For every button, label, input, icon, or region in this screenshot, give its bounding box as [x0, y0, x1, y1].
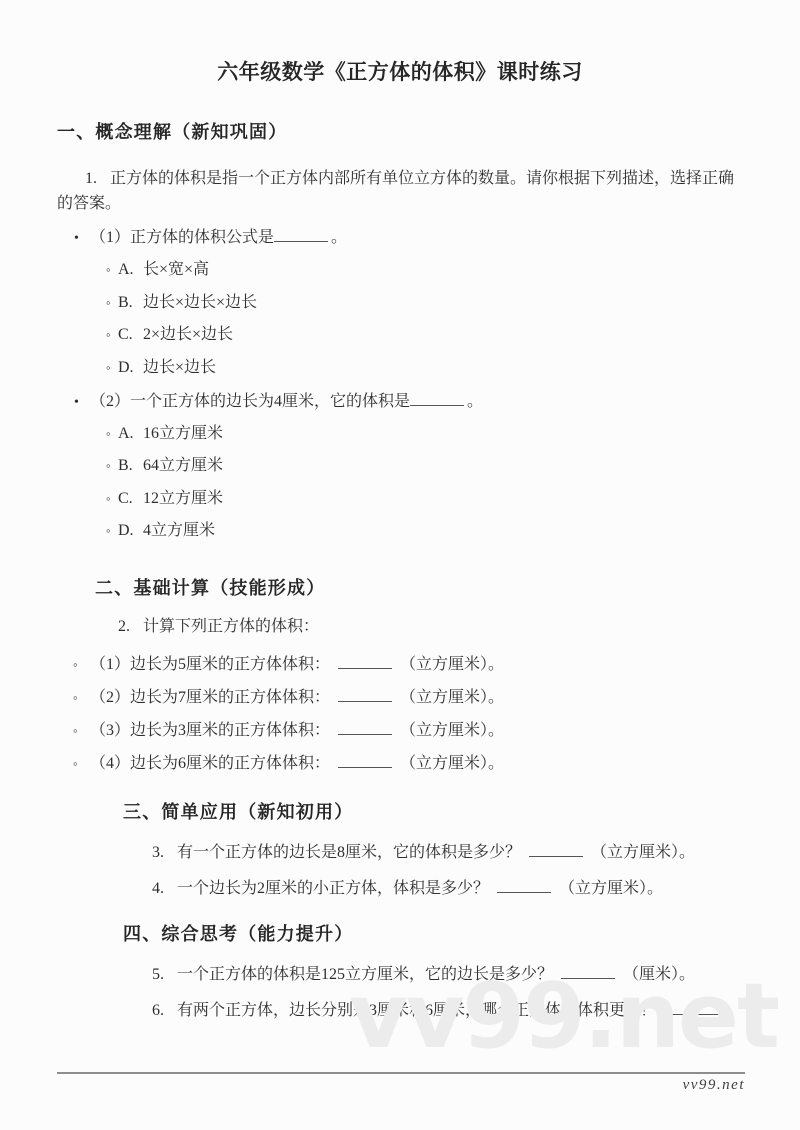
option-text: 边长×边长×边长 [143, 294, 257, 311]
option-text: 边长×边长 [143, 359, 216, 376]
question-2-text: 计算下列正方体的体积： [143, 618, 319, 635]
option-key: C. [118, 488, 143, 510]
section-4-heading: 四、综合思考（能力提升） [123, 920, 353, 946]
bullet-circle-icon [106, 488, 118, 510]
sub-question-2: （2）一个正方体的边长为4厘米，它的体积是。 [74, 390, 483, 414]
answer-blank [338, 752, 392, 768]
question-1-intro: 1.正方体的体积是指一个正方体内部所有单位立方体的数量。请你根据下列描述，选择正… [57, 166, 749, 216]
intro-text: 正方体的体积是指一个正方体内部所有单位立方体的数量。请你根据下列描述，选择正确 [110, 170, 734, 187]
bullet-circle-icon [106, 324, 118, 346]
calc-item-text: （1）边长为5厘米的正方体体积： [90, 656, 330, 673]
answer-blank [561, 963, 615, 979]
option-key: A. [118, 259, 143, 281]
calc-item-text: （4）边长为6厘米的正方体体积： [90, 755, 330, 772]
option-row: A.长×宽×高 [106, 259, 209, 281]
sub-question-1-stem: （1）正方体的体积公式是 [90, 229, 274, 246]
question-5-text: 一个正方体的体积是125立方厘米，它的边长是多少？ [177, 966, 553, 983]
calc-item-text: （2）边长为7厘米的正方体体积： [90, 689, 330, 706]
option-key: A. [118, 423, 143, 445]
section-2-heading: 二、基础计算（技能形成） [95, 574, 325, 600]
question-5: 5.一个正方体的体积是125立方厘米，它的边长是多少？（厘米）。 [152, 963, 695, 986]
option-text: 12立方厘米 [143, 490, 223, 507]
answer-blank [338, 719, 392, 735]
option-key: D. [118, 357, 143, 379]
sub-question-2-suffix: 。 [467, 393, 483, 410]
option-row: D.4立方厘米 [106, 520, 215, 542]
question-number: 2. [118, 616, 143, 638]
question-6-suffix: 。 [727, 1002, 743, 1019]
intro-line-2: 的答案。 [57, 191, 749, 216]
answer-blank [274, 226, 328, 242]
option-row: B.边长×边长×边长 [106, 292, 257, 314]
sub-question-1-suffix: 。 [331, 229, 347, 246]
question-2-intro: 2.计算下列正方体的体积： [118, 616, 319, 638]
question-4-text: 一个边长为2厘米的小正方体，体积是多少？ [177, 880, 489, 897]
calc-item: （4）边长为6厘米的正方体体积：（立方厘米）。 [73, 752, 504, 775]
question-3-unit: （立方厘米）。 [591, 844, 695, 861]
question-number: 6. [152, 1000, 177, 1022]
calc-item: （3）边长为3厘米的正方体体积：（立方厘米）。 [73, 719, 504, 742]
section-3-heading: 三、简单应用（新知初用） [123, 798, 353, 824]
sub-question-2-stem: （2）一个正方体的边长为4厘米，它的体积是 [90, 393, 410, 410]
option-key: B. [118, 292, 143, 314]
option-row: C.12立方厘米 [106, 488, 223, 510]
option-text: 4立方厘米 [143, 522, 215, 539]
question-number: 4. [152, 878, 177, 900]
answer-blank [497, 877, 551, 893]
sub-question-1: （1）正方体的体积公式是。 [74, 226, 347, 250]
option-key: C. [118, 324, 143, 346]
bullet-circle-icon [106, 520, 118, 542]
calc-item-unit: （立方厘米）。 [400, 755, 504, 772]
option-text: 2×边长×边长 [143, 326, 233, 343]
bullet-circle-icon [106, 423, 118, 445]
option-text: 64立方厘米 [143, 457, 223, 474]
answer-blank [338, 686, 392, 702]
bullet-disc-icon [74, 228, 90, 250]
answer-blank [410, 390, 464, 406]
calc-item-unit: （立方厘米）。 [400, 656, 504, 673]
question-number: 5. [152, 964, 177, 986]
calc-item-unit: （立方厘米）。 [400, 722, 504, 739]
calc-item: （2）边长为7厘米的正方体体积：（立方厘米）。 [73, 686, 504, 709]
bullet-circle-icon [73, 687, 90, 709]
footer-divider [57, 1072, 745, 1074]
calc-item: （1）边长为5厘米的正方体体积：（立方厘米）。 [73, 653, 504, 676]
answer-blank [338, 653, 392, 669]
option-row: B.64立方厘米 [106, 455, 223, 477]
option-text: 16立方厘米 [143, 425, 223, 442]
question-6-text: 有两个正方体，边长分别是3厘米和6厘米，哪个正方体的体积更大？ [177, 1002, 657, 1019]
bullet-circle-icon [106, 259, 118, 281]
question-3-text: 有一个正方体的边长是8厘米，它的体积是多少？ [177, 844, 521, 861]
bullet-circle-icon [73, 654, 90, 676]
bullet-disc-icon [74, 392, 90, 414]
option-key: D. [118, 520, 143, 542]
question-number: 3. [152, 842, 177, 864]
option-key: B. [118, 455, 143, 477]
question-4: 4.一个边长为2厘米的小正方体，体积是多少？（立方厘米）。 [152, 877, 663, 900]
bullet-circle-icon [106, 292, 118, 314]
calc-item-unit: （立方厘米）。 [400, 689, 504, 706]
option-row: A.16立方厘米 [106, 423, 223, 445]
footer-site-name: vv99.net [683, 1077, 745, 1094]
option-row: C.2×边长×边长 [106, 324, 233, 346]
answer-blank [529, 841, 583, 857]
section-1-heading: 一、概念理解（新知巩固） [57, 118, 287, 144]
page-title: 六年级数学《正方体的体积》课时练习 [0, 56, 800, 86]
bullet-circle-icon [73, 753, 90, 775]
worksheet-page: 六年级数学《正方体的体积》课时练习 一、概念理解（新知巩固） 1.正方体的体积是… [0, 0, 800, 1130]
option-row: D.边长×边长 [106, 357, 216, 379]
question-5-unit: （厘米）。 [623, 966, 695, 983]
option-text: 长×宽×高 [143, 261, 209, 278]
bullet-circle-icon [106, 455, 118, 477]
intro-line-1: 1.正方体的体积是指一个正方体内部所有单位立方体的数量。请你根据下列描述，选择正… [57, 166, 749, 191]
bullet-circle-icon [106, 357, 118, 379]
answer-blank [665, 999, 719, 1015]
calc-item-text: （3）边长为3厘米的正方体体积： [90, 722, 330, 739]
question-number: 1. [85, 166, 110, 191]
question-4-unit: （立方厘米）。 [559, 880, 663, 897]
question-3: 3.有一个正方体的边长是8厘米，它的体积是多少？（立方厘米）。 [152, 841, 695, 864]
bullet-circle-icon [73, 720, 90, 742]
question-6: 6.有两个正方体，边长分别是3厘米和6厘米，哪个正方体的体积更大？。 [152, 999, 743, 1022]
